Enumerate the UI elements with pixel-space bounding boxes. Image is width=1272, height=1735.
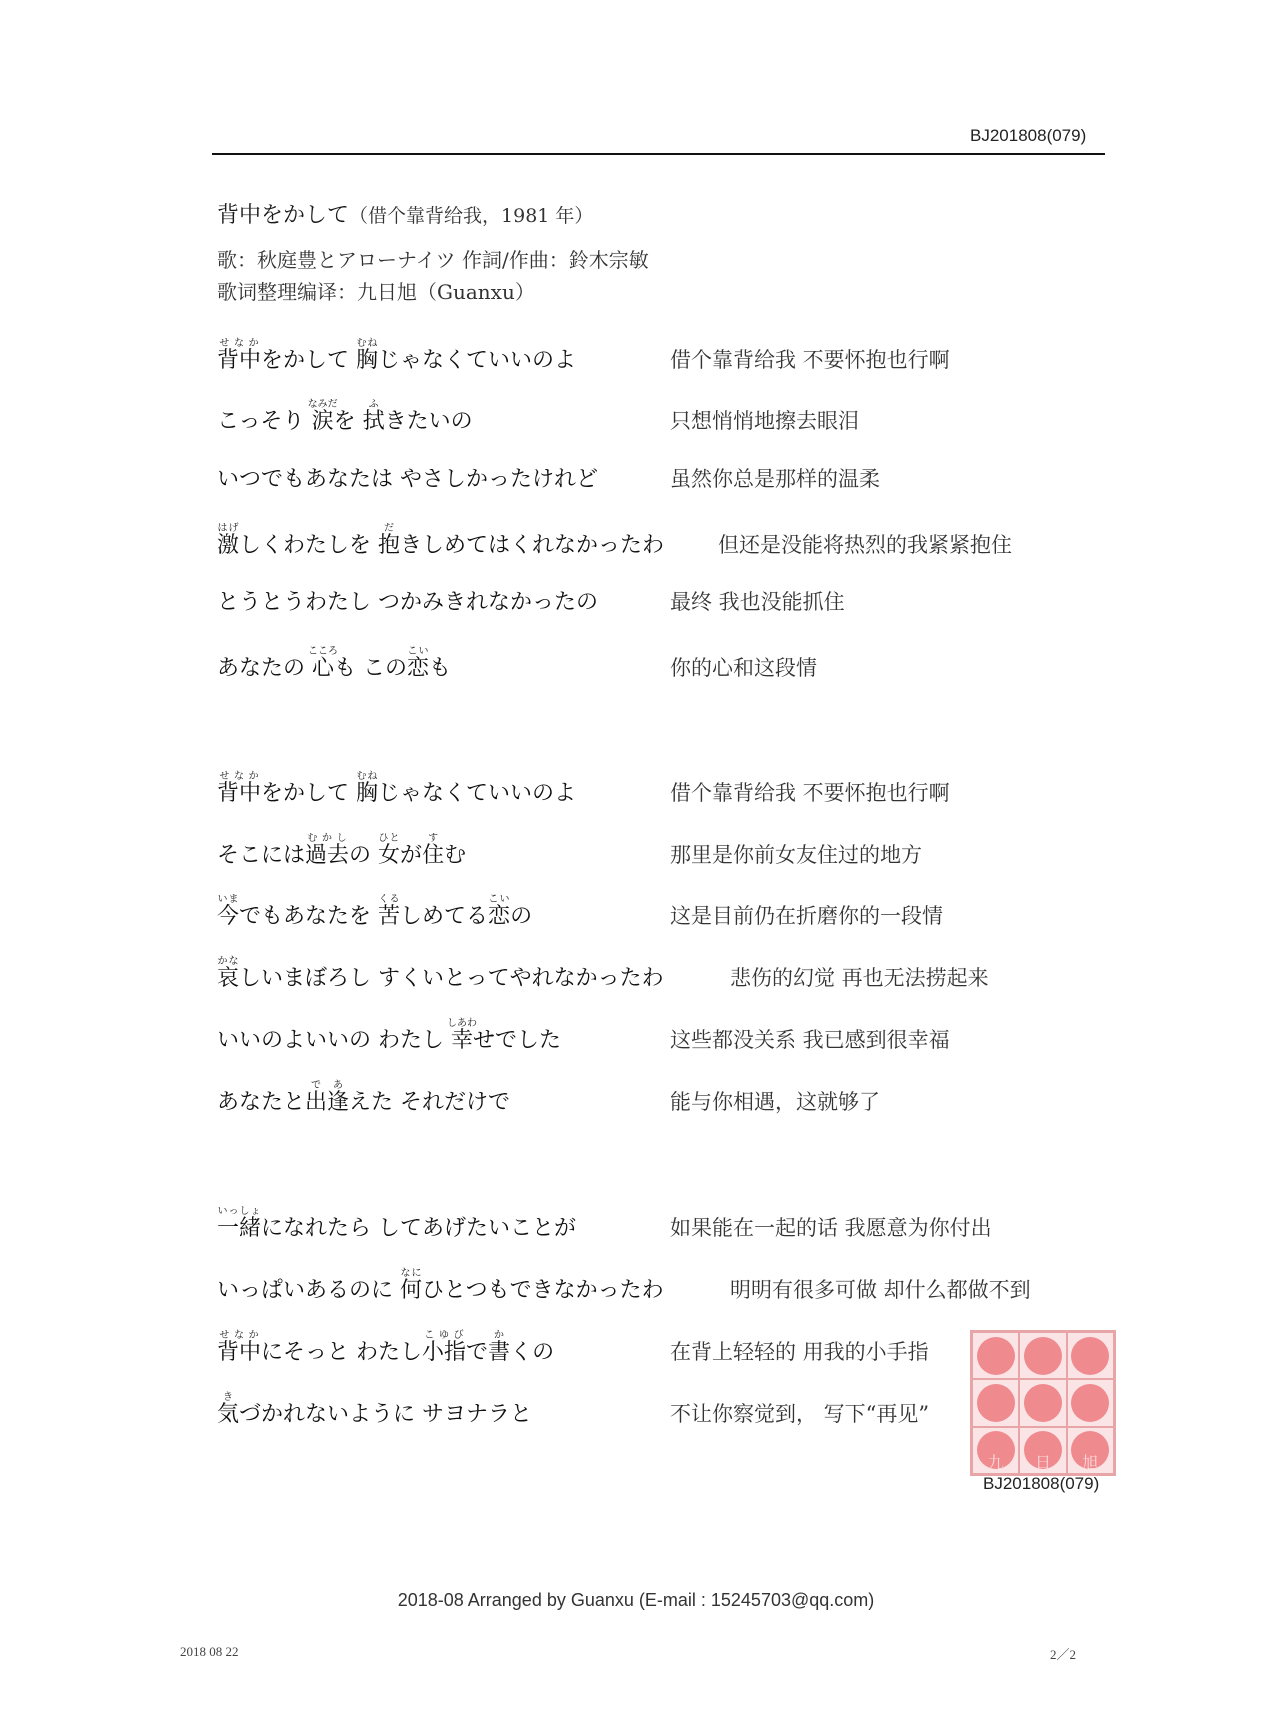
stamp-dot (1024, 1384, 1062, 1422)
furigana-word: 恋こい (488, 904, 510, 929)
lyric-chinese: 但还是没能将热烈的我紧紧抱住 (718, 529, 1012, 559)
stamp-cell (1019, 1332, 1066, 1379)
furigana-word: 一緒いっしょ (217, 1216, 261, 1241)
furigana-word: 胸むね (356, 348, 378, 373)
lyric-japanese: 一緒いっしょになれたら してあげたいことが (217, 1206, 576, 1242)
stamp-dot (977, 1337, 1015, 1375)
lyric-japanese: 背中せなかをかして 胸むねじゃなくていいのよ (217, 338, 576, 374)
stamp-char: 九 (988, 1450, 1004, 1473)
lyric-japanese: いいのよいいの わたし 幸しあわせでした (217, 1018, 561, 1054)
furigana-word: 心こころ (312, 656, 334, 681)
stamp-cell: 旭 (1067, 1427, 1114, 1474)
furigana-word: 何なに (400, 1278, 422, 1303)
furigana-word: 過去むかし (305, 843, 349, 868)
furigana-word: 背中せなか (217, 1340, 261, 1365)
furigana-word: 気き (217, 1402, 239, 1427)
lyric-japanese: こっそり 涙なみだを 拭ふきたいの (217, 399, 473, 435)
stamp-cell (1067, 1332, 1114, 1379)
header-rule (212, 153, 1105, 155)
furigana-word: 涙なみだ (312, 409, 334, 434)
lyric-chinese: 明明有很多可做 却什么都做不到 (730, 1274, 1031, 1304)
song-title-jp: 背中をかして (217, 203, 349, 228)
furigana-word: 胸むね (356, 781, 378, 806)
lyric-chinese: 能与你相遇，这就够了 (670, 1086, 880, 1116)
lyric-line: 今いまでもあなたを 苦くるしめてる恋こいの这是目前仍在折磨你的一段情 (217, 886, 1117, 930)
seal-stamp: 九 日 旭 (970, 1330, 1116, 1476)
lyric-japanese: 激はげしくわたしを 抱だきしめてはくれなかったわ (217, 523, 664, 559)
furigana-word: 拭ふ (363, 409, 385, 434)
lyric-line: そこには過去むかしの 女ひとが住すむ那里是你前女友住过的地方 (217, 825, 1117, 869)
translator-line: 歌词整理编译：九日旭（Guanxu） (217, 276, 535, 305)
lyric-chinese: 借个靠背给我 不要怀抱也行啊 (670, 777, 950, 807)
lyric-chinese: 这些都没关系 我已感到很幸福 (670, 1024, 950, 1054)
stamp-cell (972, 1332, 1019, 1379)
lyric-line: あなたと出逢であえた それだけで能与你相遇，这就够了 (217, 1072, 1117, 1116)
lyric-chinese: 那里是你前女友住过的地方 (670, 839, 922, 869)
stamp-code: BJ201808(079) (983, 1474, 1099, 1494)
furigana-word: 恋こい (407, 656, 429, 681)
lyric-line: とうとうわたし つかみきれなかったの最终 我也没能抓住 (217, 572, 1117, 616)
song-title-cn: （借个靠背给我，1981 年） (349, 205, 593, 227)
stamp-dot (1071, 1384, 1109, 1422)
lyric-chinese: 你的心和这段情 (670, 652, 817, 682)
lyric-japanese: あなたと出逢であえた それだけで (217, 1080, 510, 1116)
lyric-line: 背中せなかをかして 胸むねじゃなくていいのよ借个靠背给我 不要怀抱也行啊 (217, 763, 1117, 807)
stamp-dot (1024, 1337, 1062, 1375)
stamp-cell: 九 (972, 1427, 1019, 1474)
lyric-line: いつでもあなたは やさしかったけれど虽然你总是那样的温柔 (217, 449, 1117, 493)
lyric-japanese: 哀かなしいまぼろし すくいとってやれなかったわ (217, 956, 664, 992)
artist-line: 歌：秋庭豊とアローナイツ 作詞/作曲：鈴木宗敏 (217, 244, 649, 273)
furigana-word: 女ひと (378, 843, 400, 868)
lyric-chinese: 这是目前仍在折磨你的一段情 (670, 900, 943, 930)
lyric-chinese: 悲伤的幻觉 再也无法捞起来 (730, 962, 989, 992)
lyric-chinese: 只想悄悄地擦去眼泪 (670, 405, 859, 435)
furigana-word: 哀かな (217, 966, 239, 991)
lyric-japanese: いっぱいあるのに 何なにひとつもできなかったわ (217, 1268, 664, 1304)
lyric-chinese: 借个靠背给我 不要怀抱也行啊 (670, 344, 950, 374)
lyric-chinese: 如果能在一起的话 我愿意为你付出 (670, 1212, 992, 1242)
song-title: 背中をかして（借个靠背给我，1981 年） (217, 198, 593, 229)
lyric-line: 背中せなかをかして 胸むねじゃなくていいのよ借个靠背给我 不要怀抱也行啊 (217, 330, 1117, 374)
furigana-word: 書か (488, 1340, 510, 1365)
lyric-japanese: 背中せなかにそっと わたし小指こゆびで書かくの (217, 1330, 554, 1366)
lyric-line: 激はげしくわたしを 抱だきしめてはくれなかったわ但还是没能将热烈的我紧紧抱住 (217, 515, 1117, 559)
page-number: 2／2 (1050, 1644, 1076, 1663)
stamp-dot (977, 1384, 1015, 1422)
lyric-line: こっそり 涙なみだを 拭ふきたいの只想悄悄地擦去眼泪 (217, 391, 1117, 435)
stamp-cell: 日 (1019, 1427, 1066, 1474)
lyric-chinese: 虽然你总是那样的温柔 (670, 463, 880, 493)
lyric-line: いっぱいあるのに 何なにひとつもできなかったわ明明有很多可做 却什么都做不到 (217, 1260, 1117, 1304)
furigana-word: 幸しあわ (451, 1028, 473, 1053)
stamp-char: 旭 (1082, 1450, 1098, 1473)
print-date: 2018 08 22 (180, 1644, 239, 1660)
furigana-word: 激はげ (217, 533, 239, 558)
lyric-japanese: あなたの 心こころも この恋こいも (217, 646, 451, 682)
footer-credit: 2018-08 Arranged by Guanxu (E-mail : 152… (0, 1590, 1272, 1611)
lyric-line: あなたの 心こころも この恋こいも你的心和这段情 (217, 638, 1117, 682)
furigana-word: 背中せなか (217, 348, 261, 373)
lyric-japanese: とうとうわたし つかみきれなかったの (217, 585, 598, 616)
lyric-line: 哀かなしいまぼろし すくいとってやれなかったわ悲伤的幻觉 再也无法捞起来 (217, 948, 1117, 992)
lyric-japanese: 背中せなかをかして 胸むねじゃなくていいのよ (217, 771, 576, 807)
furigana-word: 住す (422, 843, 444, 868)
lyric-chinese: 不让你察觉到， 写下“再见” (670, 1398, 929, 1428)
furigana-word: 出逢であ (305, 1090, 349, 1115)
stamp-dot (1071, 1337, 1109, 1375)
stamp-cell (1019, 1379, 1066, 1426)
lyric-japanese: そこには過去むかしの 女ひとが住すむ (217, 833, 466, 869)
furigana-word: 今いま (217, 904, 239, 929)
lyric-chinese: 在背上轻轻的 用我的小手指 (670, 1336, 929, 1366)
furigana-word: 抱だ (378, 533, 400, 558)
lyric-japanese: いつでもあなたは やさしかったけれど (217, 462, 598, 493)
stamp-cell (972, 1379, 1019, 1426)
furigana-word: 背中せなか (217, 781, 261, 806)
lyric-chinese: 最终 我也没能抓住 (670, 586, 845, 616)
furigana-word: 苦くる (378, 904, 400, 929)
stamp-char: 日 (1035, 1450, 1051, 1473)
furigana-word: 小指こゆび (422, 1340, 466, 1365)
document-code: BJ201808(079) (970, 126, 1086, 146)
lyric-line: 一緒いっしょになれたら してあげたいことが如果能在一起的话 我愿意为你付出 (217, 1198, 1117, 1242)
stamp-cell (1067, 1379, 1114, 1426)
lyric-line: いいのよいいの わたし 幸しあわせでした这些都没关系 我已感到很幸福 (217, 1010, 1117, 1054)
lyric-japanese: 気きづかれないように サヨナラと (217, 1392, 532, 1428)
lyric-japanese: 今いまでもあなたを 苦くるしめてる恋こいの (217, 894, 532, 930)
